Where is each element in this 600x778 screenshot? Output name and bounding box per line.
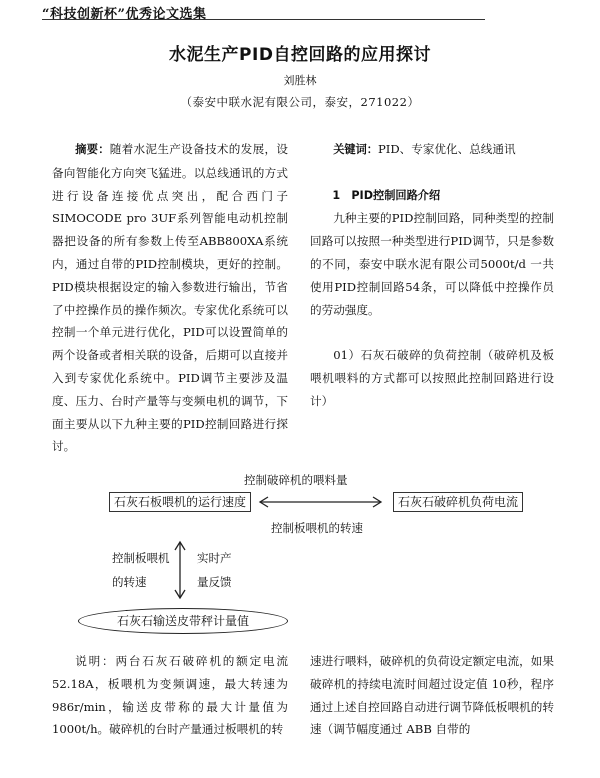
keywords: 关键词：PID、专家优化、总线通讯 <box>310 138 554 162</box>
control-loop-diagram: 控制破碎机的喂料量 石灰石板喂机的运行速度 石灰石破碎机负荷电流 控制板喂机的转… <box>0 470 600 640</box>
keywords-label: 关键词： <box>333 143 378 156</box>
diagram-right-vertical-label-1: 实时产 <box>197 550 232 566</box>
diagram-left-box: 石灰石板喂机的运行速度 <box>109 492 251 512</box>
explanation-right: 速进行喂料，破碎机的负荷设定额定电流，如果破碎机的持续电流时间超过设定值 10秒… <box>310 650 554 741</box>
diagram-middle-label: 控制板喂机的转速 <box>271 520 363 536</box>
double-arrow-vertical-icon <box>174 540 186 600</box>
author: 刘胜林 <box>0 72 600 88</box>
diagram-right-box: 石灰石破碎机负荷电流 <box>393 492 523 512</box>
diagram-left-vertical-label-1: 控制板喂机 <box>112 550 170 566</box>
explanation-paragraph: 说明：两台石灰石破碎机的额定电流52.18A，板喂机为变频调速，最大转速为986… <box>52 650 288 741</box>
abstract: 摘要：随着水泥生产设备技术的发展，设备向智能化方向突飞猛进。以总线通讯的方式进行… <box>52 138 288 458</box>
abstract-text: 随着水泥生产设备技术的发展，设备向智能化方向突飞猛进。以总线通讯的方式进行设备连… <box>52 142 288 453</box>
abstract-label: 摘要： <box>75 143 110 156</box>
article-title: 水泥生产PID自控回路的应用探讨 <box>0 40 600 65</box>
right-column: 关键词：PID、专家优化、总线通讯 1 PID控制回路介绍 九种主要的PID控制… <box>310 138 554 413</box>
diagram-top-label: 控制破碎机的喂料量 <box>244 472 348 488</box>
explanation-label: 说明： <box>75 654 115 668</box>
item-01: 01）石灰石破碎的负荷控制（破碎机及板喂机喂料的方式都可以按照此控制回路进行设计… <box>310 344 554 412</box>
explanation-right-text: 速进行喂料，破碎机的负荷设定额定电流，如果破碎机的持续电流时间超过设定值 10秒… <box>310 650 554 741</box>
keywords-text: PID、专家优化、总线通讯 <box>378 142 516 156</box>
diagram-right-vertical-label-2: 量反馈 <box>197 574 232 590</box>
abstract-column: 摘要：随着水泥生产设备技术的发展，设备向智能化方向突飞猛进。以总线通讯的方式进行… <box>52 138 288 458</box>
explanation-left: 说明：两台石灰石破碎机的额定电流52.18A，板喂机为变频调速，最大转速为986… <box>52 650 288 741</box>
section-heading: 1 PID控制回路介绍 <box>310 185 554 208</box>
diagram-oval: 石灰石输送皮带秤计量值 <box>78 608 288 634</box>
double-arrow-horizontal-icon <box>258 496 383 508</box>
affiliation: （泰安中联水泥有限公司，泰安，271022） <box>0 94 600 110</box>
header-rule <box>42 19 485 20</box>
section-paragraph: 九种主要的PID控制回路，同种类型的控制回路可以按照一种类型进行PID调节，只是… <box>310 207 554 321</box>
diagram-left-vertical-label-2: 的转速 <box>112 574 147 590</box>
